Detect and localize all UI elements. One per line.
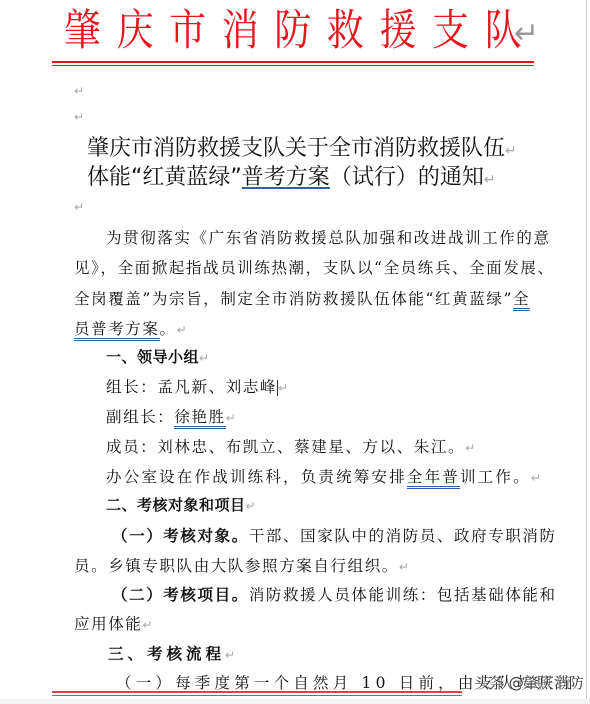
deputy-label: 副组长： xyxy=(106,408,174,426)
masthead-char: 庆 xyxy=(117,10,154,53)
paragraph-mark-icon: ↵ xyxy=(177,323,189,337)
deputy-leader-line[interactable]: 副组长：徐艳胜↵ xyxy=(106,405,237,427)
spellcheck-underlined-text[interactable]: 员普考方案 xyxy=(74,320,160,341)
paragraph-mark-icon: ↵ xyxy=(74,200,84,214)
document-page: 肇 庆 市 消 防 救 援 支 队 ↵ ↵ ↵ 肇庆市消防救援支队关于全市消防救… xyxy=(0,0,590,704)
item-text: 应用体能 xyxy=(74,615,142,633)
paragraph-mark-icon: ↵ xyxy=(142,618,154,632)
masthead-char: 援 xyxy=(379,10,416,53)
document-title-line-1[interactable]: 肇庆市消防救援支队关于全市消防救援队伍↵ xyxy=(87,131,517,162)
section-2-heading[interactable]: 二、考核对象和项目↵ xyxy=(106,494,256,515)
paragraph-mark-icon: ↵ xyxy=(74,84,84,98)
spellcheck-underlined-text[interactable]: 普考方案 xyxy=(242,165,330,190)
section-2-item-1-cont[interactable]: 员。乡镇专职队由大队参照方案自行组织。↵ xyxy=(74,554,411,576)
paragraph-mark-icon: ↵ xyxy=(225,648,239,662)
title-text: 体能“红黄蓝绿” xyxy=(87,165,242,190)
heading-text: 一、领导小组 xyxy=(106,348,199,366)
title-text: 肇庆市消防救援支队关于全市消防救援队伍 xyxy=(87,136,505,161)
paragraph-mark-icon: ↵ xyxy=(484,172,496,188)
paragraph-mark-icon: ↵ xyxy=(465,441,477,455)
section-3-heading[interactable]: 三、考核流程↵ xyxy=(108,642,239,664)
paragraph-mark-icon: ↵ xyxy=(199,351,210,365)
intro-text: 全岗覆盖”为宗旨，制定全市消防救援队伍体能“红黄蓝绿” xyxy=(74,290,513,308)
section-2-item-2[interactable]: （二）考核项目。消防救援人员体能训练：包括基础体能和 xyxy=(112,583,557,605)
document-title-line-2[interactable]: 体能“红黄蓝绿”普考方案（试行）的通知↵ xyxy=(87,160,496,191)
paragraph-mark-icon: ↵ xyxy=(278,381,290,395)
page-edge-divider xyxy=(586,0,587,704)
office-line[interactable]: 办公室设在作战训练科，负责统筹安排全年普训工作。↵ xyxy=(106,465,543,487)
masthead-char: 消 xyxy=(222,10,259,53)
masthead-char: 救 xyxy=(327,10,364,53)
paragraph-mark-icon: ↵ xyxy=(74,110,84,124)
item-text: 消防救援人员体能训练：包括基础体能和 xyxy=(249,586,557,604)
intro-line-3[interactable]: 全岗覆盖”为宗旨，制定全市消防救援队伍体能“红黄蓝绿”全 xyxy=(74,287,530,309)
intro-line-4[interactable]: 员普考方案。↵ xyxy=(74,317,188,339)
item-label: （二）考核项目。 xyxy=(112,585,249,604)
leader-names: 孟凡新、刘志峰 xyxy=(157,378,277,396)
masthead-rule-thick xyxy=(52,61,534,63)
office-text: 训工作。 xyxy=(460,468,531,486)
leader-label: 组长： xyxy=(106,378,157,396)
members-text: 成员：刘林忠、布凯立、蔡建星、方以、朱江。 xyxy=(106,438,465,456)
masthead-rule-thin xyxy=(52,65,534,66)
item-text: 干部、国家队中的消防员、政府专职消防 xyxy=(249,527,557,545)
heading-text: 三、考核流程 xyxy=(108,644,225,663)
paragraph-mark-icon: ↵ xyxy=(505,143,517,159)
section-2-item-1[interactable]: （一）考核对象。干部、国家队中的消防员、政府专职消防 xyxy=(112,524,557,546)
section-2-item-2-cont[interactable]: 应用体能↵ xyxy=(74,612,154,634)
paragraph-mark-icon: ↵ xyxy=(226,411,238,425)
footer-rule-thick xyxy=(52,691,462,693)
spellcheck-underlined-text[interactable]: 全年普 xyxy=(407,468,460,489)
spellcheck-underlined-text[interactable]: 全 xyxy=(513,290,530,311)
item-text: 员。乡镇专职队由大队参照方案自行组织。 xyxy=(74,557,399,575)
masthead-char: 肇 xyxy=(64,10,101,53)
masthead-char: 支 xyxy=(432,10,469,53)
office-text: 办公室设在作战训练科，负责统筹安排 xyxy=(106,468,407,486)
watermark-label: 头条 @肇庆消防 xyxy=(474,672,584,693)
item-label: （一）考核对象。 xyxy=(112,526,249,545)
members-line[interactable]: 成员：刘林忠、布凯立、蔡建星、方以、朱江。↵ xyxy=(106,435,477,457)
spellcheck-underlined-text[interactable]: 徐艳胜 xyxy=(174,408,225,429)
footer-rule-thin xyxy=(52,695,462,696)
page-bottom-shade xyxy=(0,699,590,704)
section-1-heading[interactable]: 一、领导小组↵ xyxy=(106,346,210,367)
masthead-title: 肇 庆 市 消 防 救 援 支 队 xyxy=(52,4,534,58)
paragraph-mark-icon: ↵ xyxy=(246,499,257,513)
leader-line[interactable]: 组长：孟凡新、刘志峰↵ xyxy=(106,375,290,397)
title-text: （试行）的通知 xyxy=(330,165,484,190)
intro-text: 。 xyxy=(160,320,177,338)
intro-line-1[interactable]: 为贯彻落实《广东省消防救援总队加强和改进战训工作的意 xyxy=(106,226,551,248)
paragraph-mark-icon: ↵ xyxy=(399,560,411,574)
masthead-char: 防 xyxy=(274,10,311,53)
intro-line-2[interactable]: 见》，全面掀起指战员训练热潮，支队以“全员练兵、全面发展、 xyxy=(74,256,555,278)
paragraph-mark-icon: ↵ xyxy=(531,471,543,485)
heading-text: 二、考核对象和项目 xyxy=(106,496,246,514)
masthead-char: 市 xyxy=(169,10,206,53)
paragraph-mark-icon: ↵ xyxy=(514,16,539,51)
